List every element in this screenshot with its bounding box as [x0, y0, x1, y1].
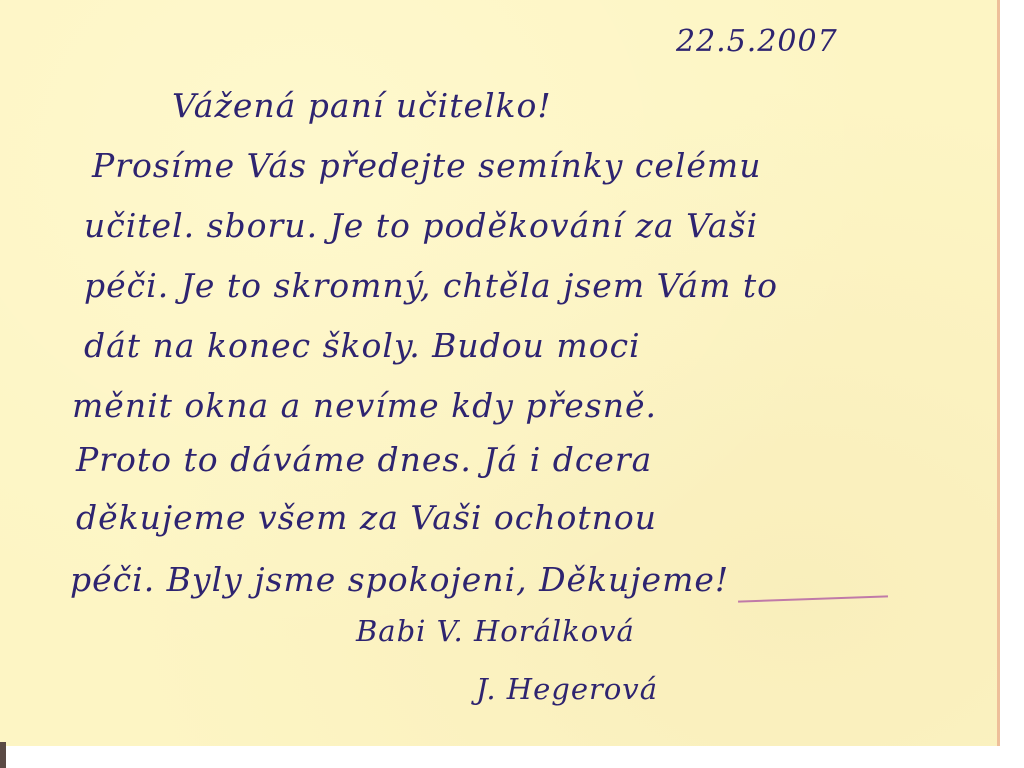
letter-line: děkujeme všem za Vaši ochotnou: [76, 498, 657, 537]
letter-greeting: Vážená paní učitelko!: [172, 86, 552, 125]
letter-line: péči. Je to skromný, chtěla jsem Vám to: [84, 266, 778, 305]
thanks-underline: [738, 595, 888, 602]
signature-line-2: J. Hegerová: [476, 672, 658, 706]
letter-line: Proto to dáváme dnes. Já i dcera: [76, 440, 652, 479]
letter-line: učitel. sboru. Je to poděkování za Vaši: [84, 206, 758, 245]
scan-corner-mark: [0, 742, 6, 768]
signature-line-1: Babi V. Horálková: [356, 614, 635, 648]
letter-line: Prosíme Vás předejte semínky celému: [92, 146, 761, 185]
letter-paper: 22.5.2007 Vážená paní učitelko! Prosíme …: [0, 0, 1000, 746]
letter-line: měnit okna a nevíme kdy přesně.: [72, 386, 657, 425]
letter-line: péči. Byly jsme spokojeni, Děkujeme!: [70, 560, 729, 599]
letter-date: 22.5.2007: [676, 24, 838, 59]
letter-line: dát na konec školy. Budou moci: [84, 326, 641, 365]
paper-right-edge: [997, 0, 1000, 746]
